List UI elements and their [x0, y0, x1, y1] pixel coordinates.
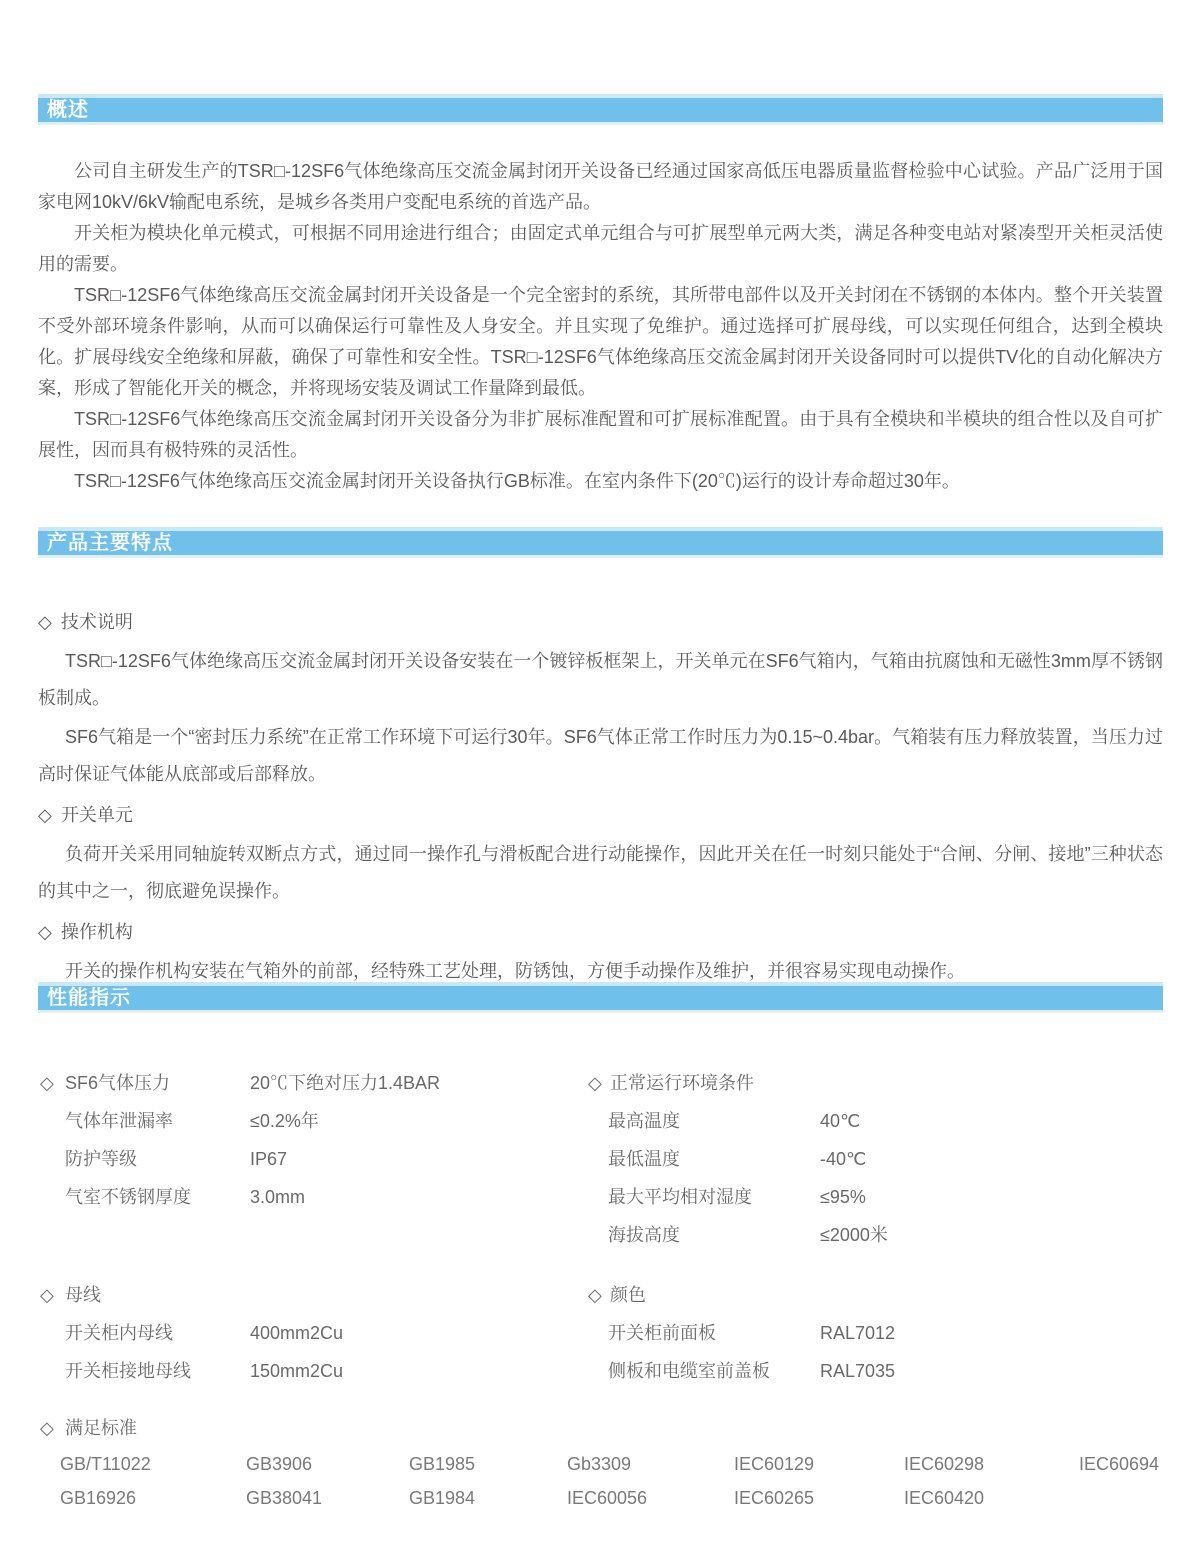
spec-group-environment: ◇ 正常运行环境条件 最高温度 40℃ 最低温度 -40℃ 最大平均相对湿度 ≤… — [585, 1064, 1163, 1254]
spec-label: 开关柜前面板 — [608, 1314, 820, 1352]
diamond-icon: ◇ — [40, 1276, 65, 1314]
spec-line: 开关柜接地母线 150mm2Cu — [38, 1352, 585, 1390]
spec-label: 开关柜接地母线 — [65, 1352, 250, 1390]
spec-label: 最大平均相对湿度 — [608, 1178, 820, 1216]
standards-heading-label: 满足标准 — [65, 1409, 137, 1447]
spec-row-2: ◇ 母线 开关柜内母线 400mm2Cu 开关柜接地母线 150mm2Cu ◇ … — [38, 1276, 1163, 1390]
spec-line: 最高温度 40℃ — [585, 1102, 1163, 1140]
feature-subheading-switch-unit: ◇ 开关单元 — [38, 797, 1163, 834]
spec-heading-value: 20℃下绝对压力1.4BAR — [250, 1064, 440, 1102]
standard-item: GB38041 — [246, 1481, 409, 1515]
spec-value: 400mm2Cu — [250, 1314, 343, 1352]
standard-item: GB/T11022 — [60, 1447, 246, 1481]
standard-item: GB1984 — [409, 1481, 567, 1515]
standard-item: IEC60056 — [567, 1481, 734, 1515]
spec-group-sf6-pressure: ◇ SF6气体压力 20℃下绝对压力1.4BAR 气体年泄漏率 ≤0.2%年 防… — [38, 1064, 585, 1254]
standard-item: IEC60298 — [904, 1447, 1079, 1481]
spec-group-color: ◇ 颜色 开关柜前面板 RAL7012 侧板和电缆室前盖板 RAL7035 — [585, 1276, 1163, 1390]
section-title-performance: 性能指示 — [47, 987, 131, 1009]
spec-line: 气室不锈钢厚度 3.0mm — [38, 1178, 585, 1216]
spec-value: -40℃ — [820, 1140, 866, 1178]
spec-value: ≤0.2%年 — [250, 1102, 319, 1140]
standards-heading: ◇ 满足标准 — [38, 1409, 1163, 1447]
feature-subheading-label: 技术说明 — [61, 604, 133, 641]
spec-heading-label: 颜色 — [610, 1276, 822, 1314]
spec-group-busbar: ◇ 母线 开关柜内母线 400mm2Cu 开关柜接地母线 150mm2Cu — [38, 1276, 585, 1390]
standard-item — [1079, 1481, 1163, 1515]
section-title-overview: 概述 — [47, 99, 89, 121]
spec-heading-label: 正常运行环境条件 — [610, 1064, 822, 1102]
overview-paragraph: TSR□-12SF6气体绝缘高压交流金属封闭开关设备分为非扩展标准配置和可扩展标… — [38, 404, 1163, 466]
spec-value: RAL7035 — [820, 1352, 895, 1390]
spec-label: 海拔高度 — [608, 1216, 820, 1254]
feature-subheading-label: 开关单元 — [61, 797, 133, 834]
overview-section: 公司自主研发生产的TSR□-12SF6气体绝缘高压交流金属封闭开关设备已经通过国… — [38, 156, 1163, 497]
overview-paragraph: TSR□-12SF6气体绝缘高压交流金属封闭开关设备是一个完全密封的系统，其所带… — [38, 280, 1163, 404]
page-content: 概述 公司自主研发生产的TSR□-12SF6气体绝缘高压交流金属封闭开关设备已经… — [38, 94, 1163, 1515]
spec-value: 150mm2Cu — [250, 1352, 343, 1390]
standards-section: ◇ 满足标准 GB/T11022 GB3906 GB1985 Gb3309 IE… — [38, 1409, 1163, 1515]
overview-paragraph: 公司自主研发生产的TSR□-12SF6气体绝缘高压交流金属封闭开关设备已经通过国… — [38, 156, 1163, 218]
spec-label: 防护等级 — [65, 1140, 250, 1178]
features-section: ◇ 技术说明 TSR□-12SF6气体绝缘高压交流金属封闭开关设备安装在一个镀锌… — [38, 604, 1163, 990]
spec-group-heading: ◇ 颜色 — [585, 1276, 1163, 1314]
spec-row-1: ◇ SF6气体压力 20℃下绝对压力1.4BAR 气体年泄漏率 ≤0.2%年 防… — [38, 1064, 1163, 1254]
spec-label: 气体年泄漏率 — [65, 1102, 250, 1140]
spec-group-heading: ◇ SF6气体压力 20℃下绝对压力1.4BAR — [38, 1064, 585, 1102]
overview-paragraph: TSR□-12SF6气体绝缘高压交流金属封闭开关设备执行GB标准。在室内条件下(… — [38, 466, 1163, 497]
feature-paragraph: 负荷开关采用同轴旋转双断点方式，通过同一操作孔与滑板配合进行动能操作，因此开关在… — [38, 836, 1163, 910]
spec-line: 最低温度 -40℃ — [585, 1140, 1163, 1178]
spec-line: 开关柜内母线 400mm2Cu — [38, 1314, 585, 1352]
spec-group-heading: ◇ 正常运行环境条件 — [585, 1064, 1163, 1102]
spec-line: 气体年泄漏率 ≤0.2%年 — [38, 1102, 585, 1140]
spec-line: 最大平均相对湿度 ≤95% — [585, 1178, 1163, 1216]
spec-value: IP67 — [250, 1140, 287, 1178]
spec-value: ≤95% — [820, 1178, 866, 1216]
overview-paragraph: 开关柜为模块化单元模式，可根据不同用途进行组合；由固定式单元组合与可扩展型单元两… — [38, 218, 1163, 280]
spec-heading-label: 母线 — [65, 1276, 250, 1314]
spec-label: 开关柜内母线 — [65, 1314, 250, 1352]
spec-label: 最高温度 — [608, 1102, 820, 1140]
spec-value: ≤2000米 — [820, 1216, 888, 1254]
spec-heading-label: SF6气体压力 — [65, 1064, 250, 1102]
standard-item: IEC60129 — [734, 1447, 904, 1481]
spec-value: 40℃ — [820, 1102, 860, 1140]
feature-subheading-tech: ◇ 技术说明 — [38, 604, 1163, 641]
feature-paragraph: SF6气箱是一个“密封压力系统”在正常工作环境下可运行30年。SF6气体正常工作… — [38, 719, 1163, 793]
standard-item: IEC60420 — [904, 1481, 1079, 1515]
diamond-icon: ◇ — [38, 914, 52, 951]
standard-item: GB16926 — [60, 1481, 246, 1515]
feature-subheading-mechanism: ◇ 操作机构 — [38, 914, 1163, 951]
spec-line: 防护等级 IP67 — [38, 1140, 585, 1178]
spec-value: RAL7012 — [820, 1314, 895, 1352]
spec-line: 侧板和电缆室前盖板 RAL7035 — [585, 1352, 1163, 1390]
diamond-icon: ◇ — [40, 1409, 65, 1447]
standard-item: GB1985 — [409, 1447, 567, 1481]
spec-group-heading: ◇ 母线 — [38, 1276, 585, 1314]
standard-item: Gb3309 — [567, 1447, 734, 1481]
feature-subheading-label: 操作机构 — [61, 914, 133, 951]
standards-grid: GB/T11022 GB3906 GB1985 Gb3309 IEC60129 … — [38, 1447, 1163, 1515]
section-header-overview: 概述 — [38, 94, 1163, 125]
spec-line: 开关柜前面板 RAL7012 — [585, 1314, 1163, 1352]
spec-line: 海拔高度 ≤2000米 — [585, 1216, 1163, 1254]
spec-label: 气室不锈钢厚度 — [65, 1178, 250, 1216]
feature-paragraph: TSR□-12SF6气体绝缘高压交流金属封闭开关设备安装在一个镀锌板框架上，开关… — [38, 643, 1163, 717]
standard-item: IEC60694 — [1079, 1447, 1163, 1481]
section-header-features: 产品主要特点 — [38, 527, 1163, 558]
spec-label: 最低温度 — [608, 1140, 820, 1178]
diamond-icon: ◇ — [38, 797, 52, 834]
diamond-icon: ◇ — [38, 604, 52, 641]
diamond-icon: ◇ — [588, 1064, 610, 1102]
spec-value: 3.0mm — [250, 1178, 305, 1216]
section-title-features: 产品主要特点 — [47, 532, 173, 554]
brochure-page: { "icons": { "diamond": "◇" }, "theme": … — [0, 0, 1200, 1567]
standard-item: IEC60265 — [734, 1481, 904, 1515]
diamond-icon: ◇ — [588, 1276, 610, 1314]
standard-item: GB3906 — [246, 1447, 409, 1481]
diamond-icon: ◇ — [40, 1064, 65, 1102]
spec-label: 侧板和电缆室前盖板 — [608, 1352, 820, 1390]
